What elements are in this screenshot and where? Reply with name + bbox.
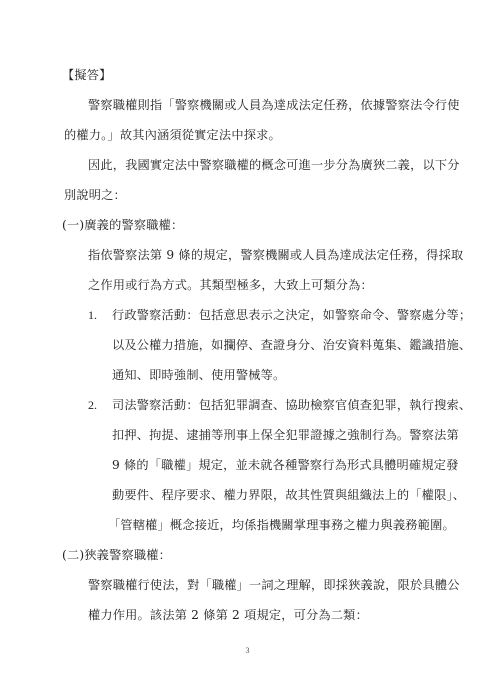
item-2-line-2: 扣押、拘提、逮捕等刑事上保全犯罪證據之強制行為。警察法第 (112, 428, 459, 442)
paragraph-2-line-2: 別說明之： (64, 188, 126, 202)
item-2-line-1: 司法警察活動：包括犯罪調查、協助檢察官偵查犯罪，執行搜索、 (112, 398, 471, 412)
item-1-line-1: 行政警察活動：包括意思表示之決定，如警察命令、警察處分等； (112, 308, 471, 322)
section-2-title: (二)狹義警察職權： (62, 548, 171, 562)
list-number-2: 2. (88, 398, 97, 412)
paragraph-1-line-2: 的權力。」故其內涵須從實定法中探求。 (64, 128, 281, 142)
item-1-line-2: 以及公權力措施，如攔停、查證身分、治安資料蒐集、鑑識措施、 (112, 338, 471, 352)
item-2-line-3: 9 條的「職權」規定，並未就各種警察行為形式具體明確規定發 (112, 458, 459, 472)
list-number-1: 1. (88, 308, 97, 322)
section-1-intro-line-1: 指依警察法第 9 條的規定，警察機關或人員為達成法定任務，得採取 (88, 248, 463, 262)
section-1-intro-line-2: 之作用或行為方式。其類型極多，大致上可類分為： (88, 278, 373, 292)
item-1-line-3: 通知、即時強制、使用警械等。 (112, 368, 285, 382)
page-number: 3 (0, 646, 495, 655)
answer-heading: 【擬答】 (62, 68, 112, 82)
section-1-title: (一)廣義的警察職權： (62, 218, 183, 232)
section-2-intro-line-1: 警察職權行使法，對「職權」一詞之理解，即採狹義說，限於具體公 (88, 578, 460, 592)
item-2-line-5: 「管轄權」概念接近，均係指機關掌理事務之權力與義務範圍。 (108, 518, 455, 532)
section-2-intro-line-2: 權力作用。該法第 2 條第 2 項規定，可分為二類： (88, 608, 368, 622)
paragraph-1-line-1: 警察職權則指「警察機關或人員為達成法定任務，依據警察法令行使 (88, 98, 460, 112)
item-2-line-4: 動要件、程序要求、權力界限，故其性質與組織法上的「權限」、 (112, 488, 465, 502)
paragraph-2-line-1: 因此，我國實定法中警察職權的概念可進一步分為廣狹二義，以下分 (88, 158, 460, 172)
